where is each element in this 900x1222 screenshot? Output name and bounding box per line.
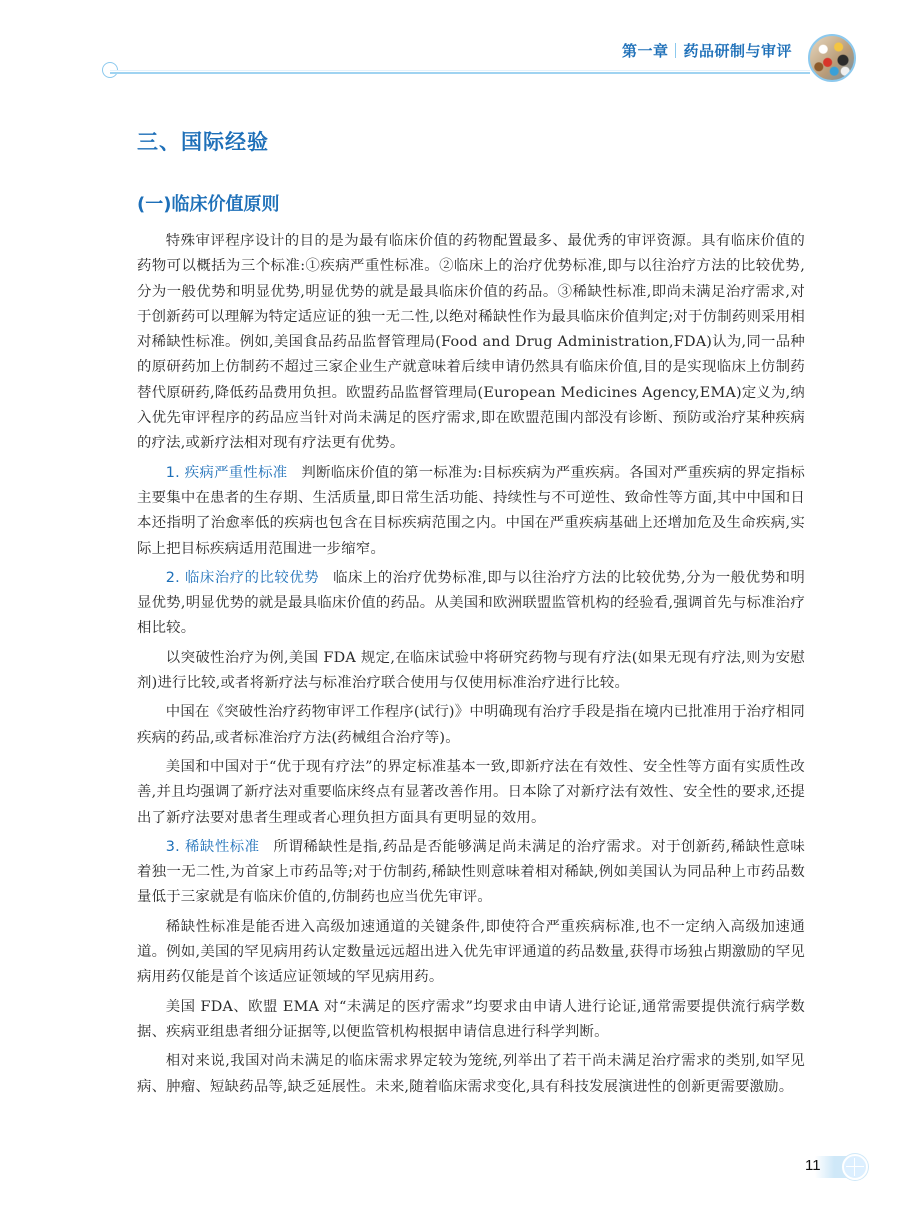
chapter-label: 第一章 — [622, 40, 669, 61]
pills-photo-icon — [808, 34, 856, 82]
page-number: 11 — [805, 1157, 821, 1174]
paragraph: 2. 临床治疗的比较优势临床上的治疗优势标准,即与以往治疗方法的比较优势,分为一… — [137, 566, 805, 642]
page-header: 第一章 药品研制与审评 — [0, 0, 900, 100]
paragraph-lead: 3. 稀缺性标准 — [166, 839, 260, 855]
paragraph: 稀缺性标准是能否进入高级加速通道的关键条件,即使符合严重疾病标准,也不一定纳入高… — [137, 915, 805, 991]
body-text: 特殊审评程序设计的目的是为最有临床价值的药物配置最多、最优秀的审评资源。具有临床… — [137, 229, 805, 1104]
paragraph: 中国在《突破性治疗药物审评工作程序(试行)》中明确现有治疗手段是指在境内已批准用… — [137, 700, 805, 751]
paragraph-text: 稀缺性标准是能否进入高级加速通道的关键条件,即使符合严重疾病标准,也不一定纳入高… — [137, 919, 805, 986]
paragraph: 美国和中国对于“优于现有疗法”的界定标准基本一致,即新疗法在有效性、安全性等方面… — [137, 755, 805, 831]
paragraph-lead: 2. 临床治疗的比较优势 — [166, 570, 319, 586]
paragraph: 1. 疾病严重性标准判断临床价值的第一标准为:目标疾病为严重疾病。各国对严重疾病… — [137, 461, 805, 562]
divider — [675, 43, 676, 58]
paragraph: 3. 稀缺性标准所谓稀缺性是指,药品是否能够满足尚未满足的治疗需求。对于创新药,… — [137, 835, 805, 911]
paragraph-text: 相对来说,我国对尚未满足的临床需求界定较为笼统,列举出了若干尚未满足治疗需求的类… — [137, 1053, 805, 1094]
paragraph-text: 美国 FDA、欧盟 EMA 对“未满足的医疗需求”均要求由申请人进行论证,通常需… — [137, 999, 805, 1040]
chapter-title: 药品研制与审评 — [683, 40, 792, 61]
section-title: 三、国际经验 — [137, 126, 269, 156]
running-head: 第一章 药品研制与审评 — [622, 40, 792, 61]
paragraph-text: 美国和中国对于“优于现有疗法”的界定标准基本一致,即新疗法在有效性、安全性等方面… — [137, 759, 805, 826]
paragraph-text: 中国在《突破性治疗药物审评工作程序(试行)》中明确现有治疗手段是指在境内已批准用… — [137, 704, 805, 745]
paragraph: 美国 FDA、欧盟 EMA 对“未满足的医疗需求”均要求由申请人进行论证,通常需… — [137, 995, 805, 1046]
header-rule — [110, 70, 810, 74]
paragraph-lead: 1. 疾病严重性标准 — [166, 465, 288, 481]
paragraph: 特殊审评程序设计的目的是为最有临床价值的药物配置最多、最优秀的审评资源。具有临床… — [137, 229, 805, 457]
page-badge-circle-icon — [842, 1154, 868, 1180]
subsection-title: (一)临床价值原则 — [137, 190, 279, 216]
paragraph: 相对来说,我国对尚未满足的临床需求界定较为笼统,列举出了若干尚未满足治疗需求的类… — [137, 1049, 805, 1100]
paragraph-text: 特殊审评程序设计的目的是为最有临床价值的药物配置最多、最优秀的审评资源。具有临床… — [137, 233, 805, 451]
paragraph-text: 以突破性治疗为例,美国 FDA 规定,在临床试验中将研究药物与现有疗法(如果无现… — [137, 650, 805, 691]
paragraph: 以突破性治疗为例,美国 FDA 规定,在临床试验中将研究药物与现有疗法(如果无现… — [137, 646, 805, 697]
